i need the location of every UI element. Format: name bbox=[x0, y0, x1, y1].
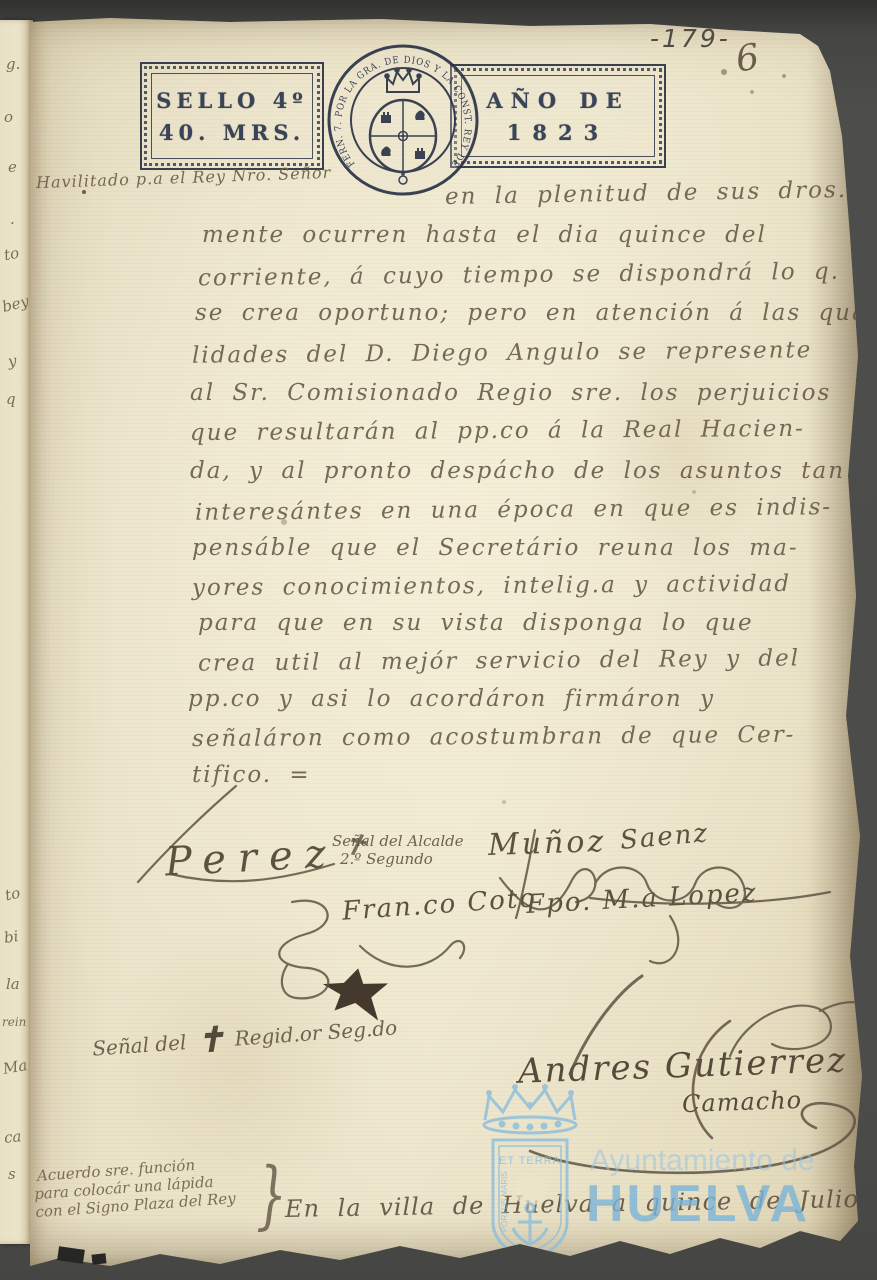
manuscript-scan: g. o e . to bey y q to bi la rein Ma ca … bbox=[0, 0, 877, 1280]
crest-motto-top: ET TERRA bbox=[499, 1155, 561, 1167]
body-line: mente ocurren hasta el dia quince del bbox=[202, 222, 767, 248]
edge-text-fragment: q bbox=[6, 390, 16, 408]
huelva-crest-watermark: ET TERRA PORTUS MARIS bbox=[455, 1082, 605, 1280]
body-line: pensáble que el Secretário reuna los ma- bbox=[192, 535, 799, 561]
edge-text-fragment: s bbox=[8, 1165, 16, 1183]
body-line: yores conocimientos, intelig.a y activid… bbox=[192, 571, 791, 601]
stamp-ano-line: AÑO DE bbox=[486, 88, 629, 113]
stamp-year: 1823 bbox=[507, 120, 609, 145]
previous-page-edge: g. o e . to bey y q to bi la rein Ma ca … bbox=[0, 20, 33, 1244]
background-mark bbox=[57, 1246, 85, 1263]
body-line: se crea oportuno; pero en atención á las… bbox=[195, 300, 868, 326]
edge-text-fragment: . bbox=[10, 210, 15, 228]
cross-mark-icon: ✝ bbox=[195, 1019, 226, 1061]
edge-text-fragment: Ma bbox=[2, 1056, 29, 1078]
edge-text-fragment: bi bbox=[3, 927, 20, 947]
body-line: señaláron como acostumbran de que Cer- bbox=[192, 722, 796, 752]
body-line: al Sr. Comisionado Regio sre. los perjui… bbox=[190, 380, 831, 406]
crest-motto-side: PORTUS MARIS bbox=[500, 1171, 509, 1232]
edge-text-fragment: to bbox=[3, 244, 21, 264]
background-mark bbox=[92, 1253, 107, 1264]
signature-coto: Fran.co Coto bbox=[341, 883, 538, 927]
edge-text-fragment: e bbox=[8, 158, 17, 176]
stamp-sello-line: SELLO 4º bbox=[156, 88, 307, 113]
stamp-mrs-line: 40. MRS. bbox=[159, 120, 305, 145]
signature-saenz: Saenz bbox=[619, 818, 710, 856]
watermark-text-line1: Ayuntamiento de bbox=[590, 1144, 815, 1178]
body-line: interesántes en una época en que es indi… bbox=[195, 494, 832, 526]
manuscript-page: -179- 6 SELLO 4º 40. MRS. AÑO DE 1823 FE… bbox=[30, 16, 865, 1268]
note-senal-regidor: Señal del ✝ Regid.or Seg.do bbox=[91, 1007, 398, 1068]
body-line: tifico. = bbox=[192, 762, 311, 788]
edge-text-fragment: to bbox=[3, 884, 21, 905]
folio-number: -179- bbox=[650, 24, 731, 53]
edge-text-fragment: g. bbox=[6, 55, 20, 73]
body-line: para que en su vista disponga lo que bbox=[198, 610, 754, 636]
signature-lopez: Fpo. M.a Lopez bbox=[525, 878, 758, 920]
tax-stamp-right: AÑO DE 1823 bbox=[450, 64, 666, 168]
signature-gutierrez-surname: Camacho bbox=[682, 1086, 803, 1118]
margin-note-acuerdo: Acuerdo sre. función para colocár una lá… bbox=[36, 1153, 236, 1221]
tax-stamp-left: SELLO 4º 40. MRS. bbox=[140, 62, 324, 170]
body-line: corriente, á cuyo tiempo se dispondrá lo… bbox=[198, 259, 840, 292]
note-regidor-line1: Señal del bbox=[92, 1030, 188, 1061]
note-regidor-line2: Regid.or Seg.do bbox=[234, 1015, 398, 1050]
paper-specks bbox=[82, 190, 86, 194]
edge-text-fragment: la bbox=[6, 975, 20, 993]
margin-note-habilitado: Havilitado p.a el Rey Nro. Señor bbox=[36, 163, 332, 192]
edge-text-fragment: rein bbox=[2, 1015, 26, 1029]
signature-munoz: Muñoz bbox=[487, 824, 606, 863]
anchor-icon bbox=[513, 1204, 547, 1244]
body-line: crea util al mejór servicio del Rey y de… bbox=[198, 645, 800, 676]
signature-perez: Perez bbox=[164, 831, 339, 886]
watermark-text-line2: HUELVA bbox=[586, 1174, 810, 1234]
body-line: en la plenitud de sus dros. Soberános. bbox=[445, 174, 877, 210]
edge-text-fragment: bey bbox=[0, 292, 31, 316]
curly-brace: } bbox=[256, 1152, 287, 1238]
body-line: da, y al pronto despácho de los asuntos … bbox=[190, 458, 845, 484]
royal-seal: FERN. 7. POR LA GRA. DE DIOS Y LA CONST.… bbox=[325, 42, 481, 198]
edge-text-fragment: y bbox=[7, 351, 18, 370]
edge-text-fragment: ca bbox=[3, 1127, 22, 1147]
body-line: que resultarán al pp.co á la Real Hacien… bbox=[190, 416, 805, 446]
body-line: lidades del D. Diego Angulo se represent… bbox=[192, 337, 813, 368]
body-line: pp.co y asi lo acordáron firmáron y bbox=[188, 686, 715, 712]
edge-text-fragment: o bbox=[4, 108, 13, 126]
folio-secondary-number: 6 bbox=[733, 37, 761, 81]
